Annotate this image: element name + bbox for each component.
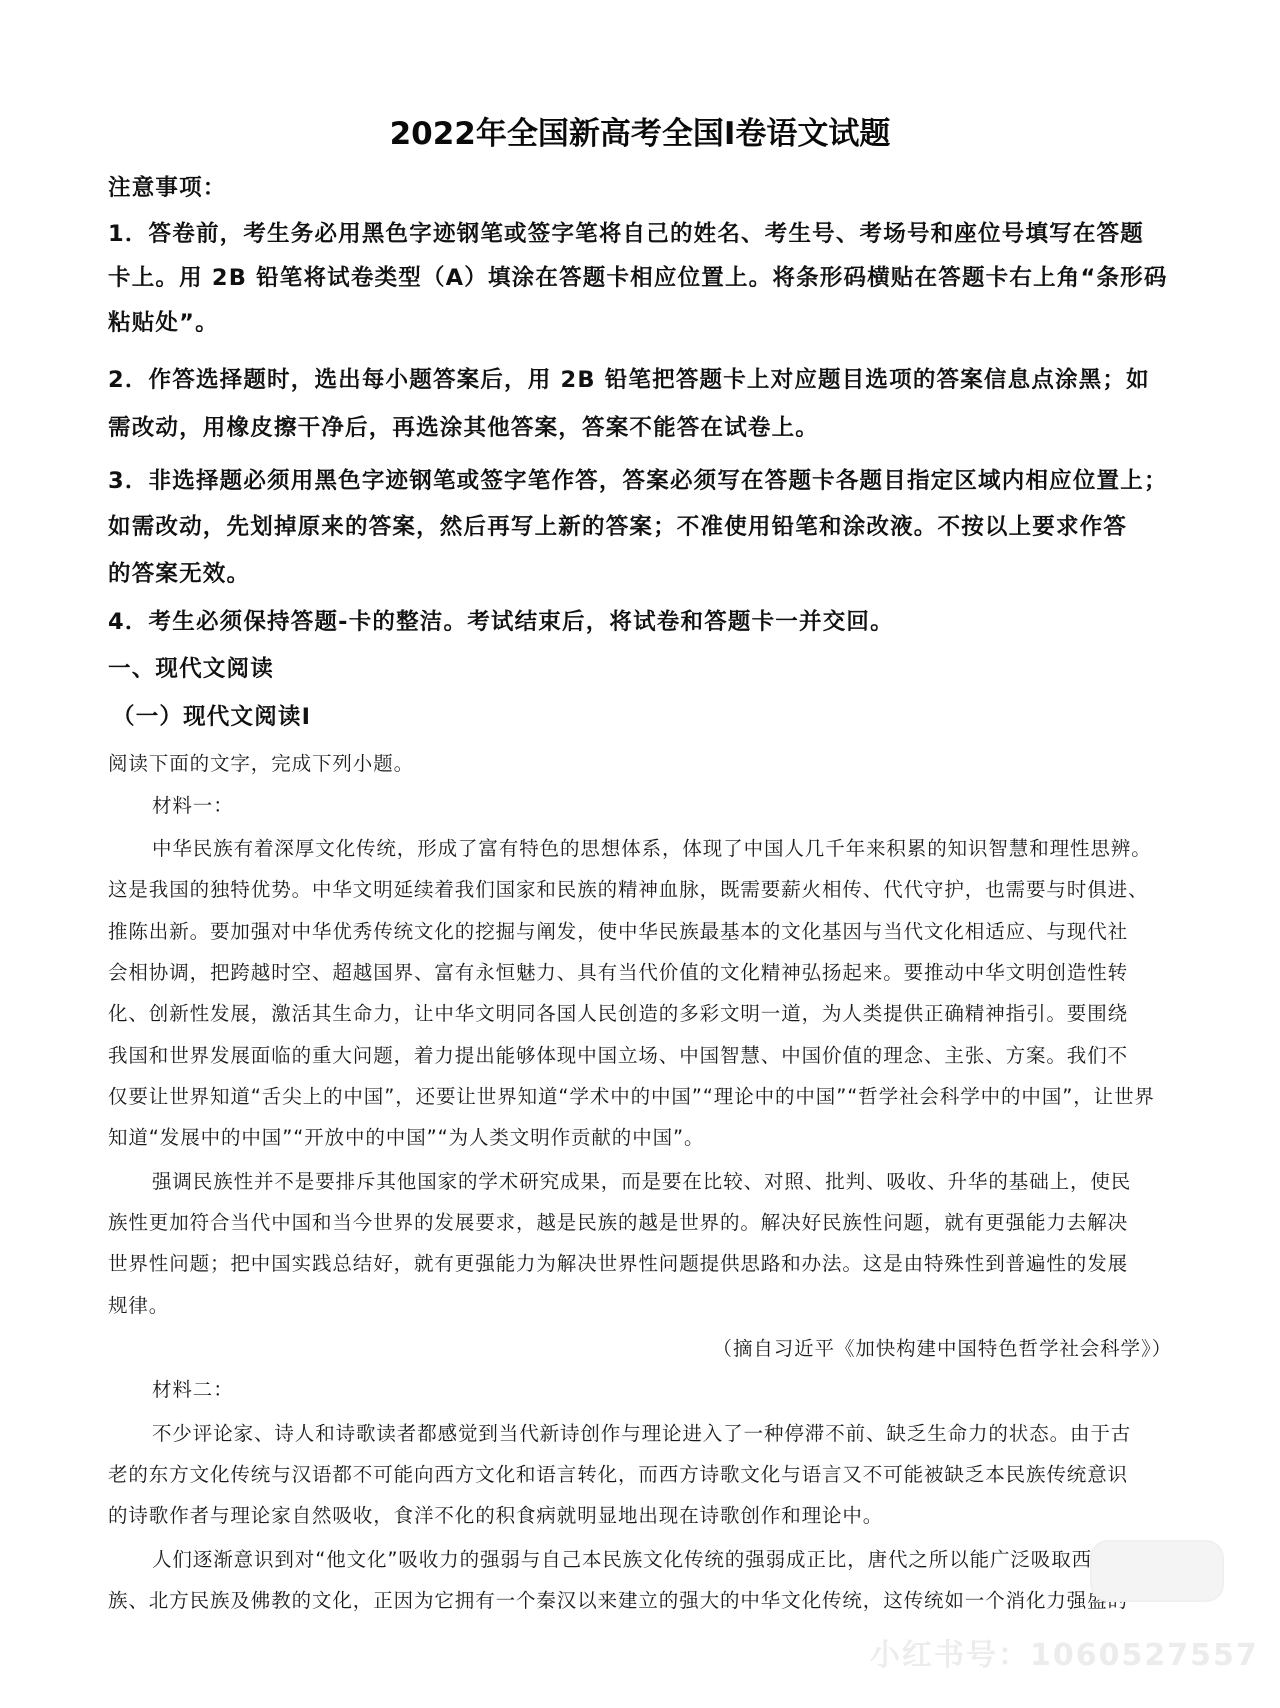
paragraph-line: 知道“发展中的中国”“开放中的中国”“为人类文明作贡献的中国”。 <box>108 1122 1198 1150</box>
watermark: 小红书号：1060527557 <box>870 1630 1259 1674</box>
notice-line: 1．答卷前，考生务必用黑色字迹钢笔或签字笔将自己的姓名、考生号、考场号和座位号填… <box>108 216 1198 248</box>
paragraph-line: 族性更加符合当代中国和当今世界的发展要求，越是民族的越是世界的。解决好民族性问题… <box>108 1207 1198 1235</box>
subsection-heading: （一）现代文阅读I <box>112 699 1202 731</box>
paragraph-line: 中华民族有着深厚文化传统，形成了富有特色的思想体系，体现了中国人几千年来积累的知… <box>152 833 1242 861</box>
notice-heading: 注意事项： <box>108 170 1198 202</box>
paragraph-line: 会相协调，把跨越时空、超越国界、富有永恒魅力、具有当代价值的文化精神弘扬起来。要… <box>108 957 1198 985</box>
paragraph-line: 的诗歌作者与理论家自然吸收，食洋不化的积食病就明显地出现在诗歌创作和理论中。 <box>108 1500 1198 1528</box>
exam-title: 2022年全国新高考全国I卷语文试题 <box>0 108 1280 153</box>
notice-line: 2．作答选择题时，选出每小题答案后，用 2B 铅笔把答题卡上对应题目选项的答案信… <box>108 362 1198 394</box>
watermark-logo-icon <box>1090 1540 1224 1602</box>
paragraph-line: 仅要让世界知道“舌尖上的中国”，还要让世界知道“学术中的中国”“理论中的中国”“… <box>108 1081 1198 1109</box>
source-citation: （摘自习近平《加快构建中国特色哲学社会科学》） <box>713 1333 1172 1361</box>
paragraph-line: 规律。 <box>108 1290 1198 1318</box>
material-label: 材料一： <box>152 790 1242 818</box>
material-label: 材料二： <box>152 1374 1242 1402</box>
paragraph-line: 世界性问题；把中国实践总结好，就有更强能力为解决世界性问题提供思路和办法。这是由… <box>108 1248 1198 1276</box>
exam-page: 2022年全国新高考全国I卷语文试题 注意事项： 1．答卷前，考生务必用黑色字迹… <box>0 0 1280 1708</box>
paragraph-line: 强调民族性并不是要排斥其他国家的学术研究成果，而是要在比较、对照、批判、吸收、升… <box>152 1166 1242 1194</box>
notice-line: 卡上。用 2B 铅笔将试卷类型（A）填涂在答题卡相应位置上。将条形码横贴在答题卡… <box>108 260 1198 292</box>
reading-instruction: 阅读下面的文字，完成下列小题。 <box>108 748 1198 776</box>
paragraph-line: 化、创新性发展，激活其生命力，让中华文明同各国人民创造的多彩文明一道，为人类提供… <box>108 998 1198 1026</box>
notice-line: 4．考生必须保持答题-卡的整洁。考试结束后，将试卷和答题卡一并交回。 <box>108 604 1198 636</box>
paragraph-line: 老的东方文化传统与汉语都不可能向西方文化和语言转化，而西方诗歌文化与语言又不可能… <box>108 1459 1198 1487</box>
notice-line: 的答案无效。 <box>108 556 1198 588</box>
notice-line: 如需改动，先划掉原来的答案，然后再写上新的答案；不准使用铅笔和涂改液。不按以上要… <box>108 509 1198 541</box>
notice-line: 粘贴处”。 <box>108 305 1198 337</box>
section-heading: 一、现代文阅读 <box>108 651 1198 683</box>
paragraph-line: 推陈出新。要加强对中华优秀传统文化的挖掘与阐发，使中华民族最基本的文化基因与当代… <box>108 916 1198 944</box>
paragraph-line: 我国和世界发展面临的重大问题，着力提出能够体现中国立场、中国智慧、中国价值的理念… <box>108 1040 1198 1068</box>
paragraph-line: 这是我国的独特优势。中华文明延续着我们国家和民族的精神血脉，既需要薪火相传、代代… <box>108 874 1198 902</box>
paragraph-line: 不少评论家、诗人和诗歌读者都感觉到当代新诗创作与理论进入了一种停滞不前、缺乏生命… <box>152 1418 1242 1446</box>
notice-line: 3．非选择题必须用黑色字迹钢笔或签字笔作答，答案必须写在答题卡各题目指定区域内相… <box>108 463 1198 495</box>
notice-line: 需改动，用橡皮擦干净后，再选涂其他答案，答案不能答在试卷上。 <box>108 410 1198 442</box>
paragraph-line: 人们逐渐意识到对“他文化”吸收力的强弱与自己本民族文化传统的强弱成正比，唐代之所… <box>152 1544 1242 1572</box>
paragraph-line: 族、北方民族及佛教的文化，正因为它拥有一个秦汉以来建立的强大的中华文化传统，这传… <box>108 1585 1198 1613</box>
